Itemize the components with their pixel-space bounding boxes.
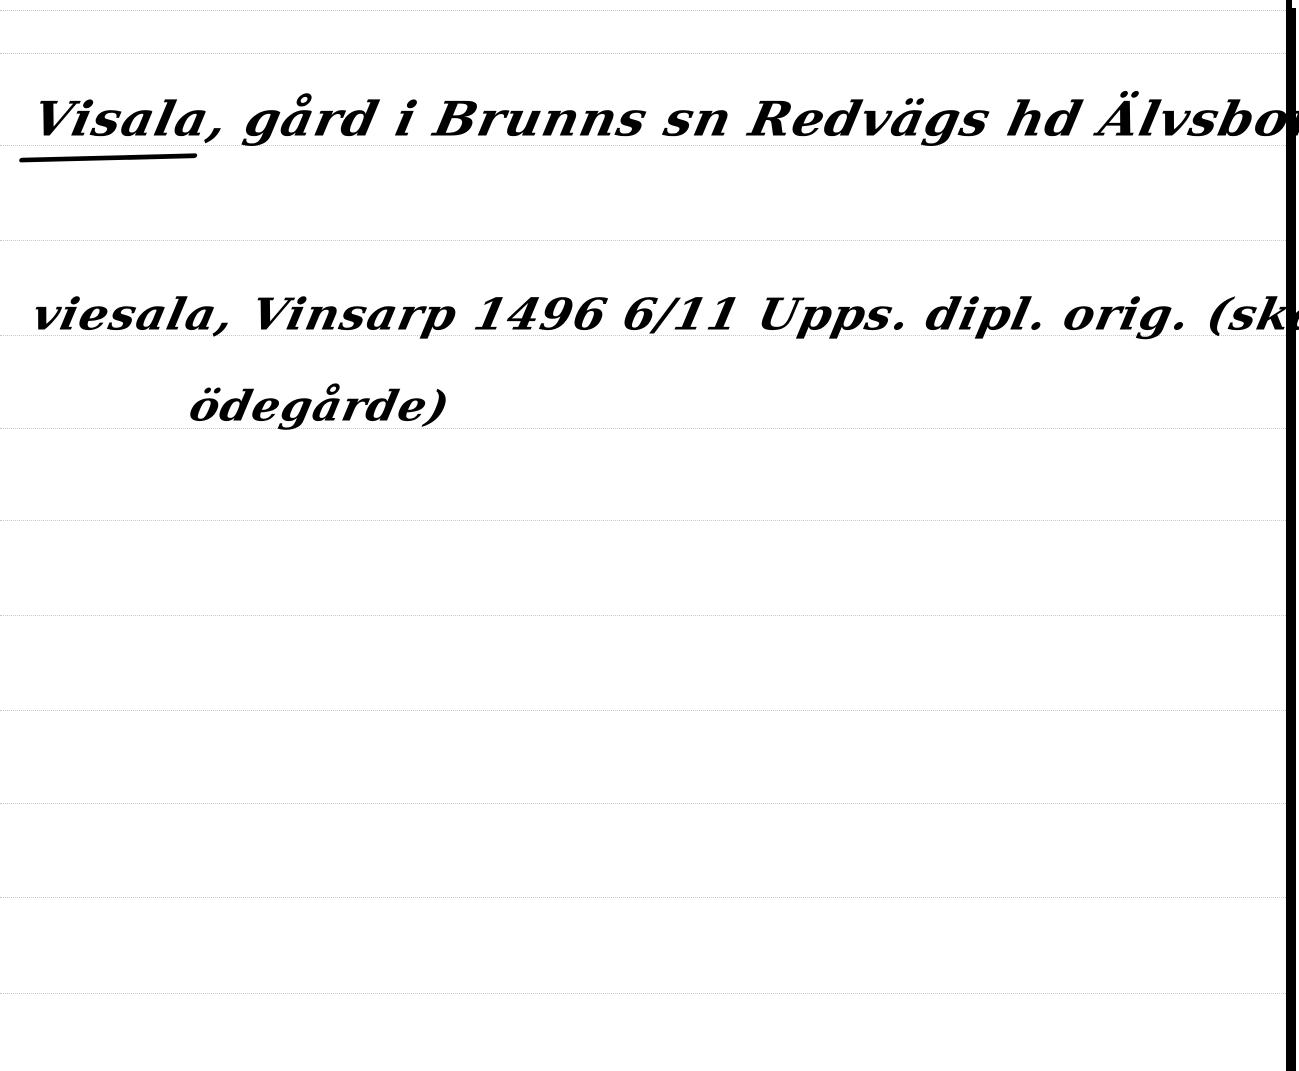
rule-line (0, 53, 1286, 54)
card-edge-shadow (1286, 8, 1296, 1071)
entry-line-2: viesala,Vinsarp1496 6/11Upps. dipl. orig… (28, 289, 1299, 340)
place-name: Vinsarp (246, 289, 462, 340)
note-text: (skall vara ett (1203, 289, 1299, 340)
entry-description: , gård i Brunns sn Redvägs hd Älvsborgs … (203, 91, 1299, 147)
archive-card: Visala, gård i Brunns sn Redvägs hd Älvs… (0, 0, 1299, 1071)
entry-line-1: Visala, gård i Brunns sn Redvägs hd Älvs… (28, 91, 1299, 147)
rule-line (0, 803, 1286, 804)
note-text-continued: ödegårde) (185, 383, 454, 431)
rule-line (0, 993, 1286, 994)
rule-line (0, 240, 1286, 241)
rule-line (0, 897, 1286, 898)
source-reference: Upps. dipl. orig. (753, 289, 1195, 340)
source-date: 1496 6/11 (469, 289, 746, 340)
entry-line-3: ödegårde) (185, 383, 454, 431)
historical-form: viesala, (28, 289, 239, 340)
rule-line (0, 710, 1286, 711)
rule-line (0, 520, 1286, 521)
rule-line (0, 615, 1286, 616)
rule-line (0, 10, 1286, 11)
headword: Visala (28, 91, 215, 147)
